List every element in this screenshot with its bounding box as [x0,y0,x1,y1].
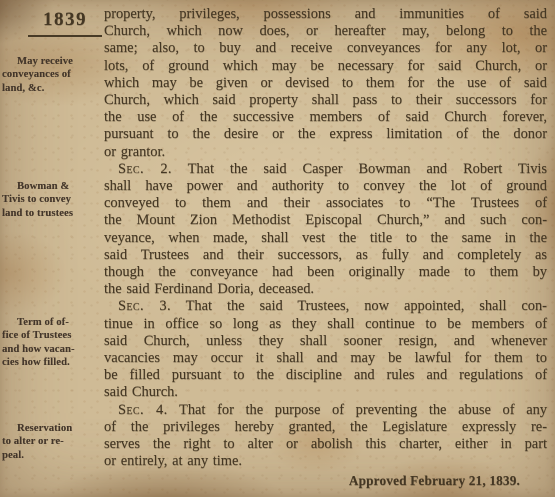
year-heading: 1839 [28,9,102,37]
text-line: pursuant to the desire or the express li… [104,126,547,143]
margin-note-line: conveyances of [2,68,100,81]
margin-note-line: Bowman & [2,180,100,193]
text-line: shall have power and authority to convey… [104,178,547,195]
text-line-part: That the said Casper Bowman and Robert T… [188,161,547,177]
margin-note-line: May receive [2,55,100,68]
text-line: Sec. 2. That the said Casper Bowman and … [104,161,547,178]
text-line: the said Ferdinand Doria, deceased. [104,281,547,298]
margin-note-line: and how vacan- [2,343,100,356]
section-label: Sec. 2. [118,161,172,177]
margin-note-line: land, &c. [2,82,100,95]
margin-note-term-of-office: Term of of- fice of Trustees and how vac… [2,316,100,370]
main-text-column: property, privileges, possessions and im… [104,6,547,489]
margin-column: 1839 May receive conveyances of land, &c… [0,0,103,497]
text-line: the Mount Zion Methodist Episcopal Churc… [104,212,547,229]
text-line: vacancies may occur it shall and may be … [104,350,547,367]
text-line-part: That the said Trustees, now appointed, s… [186,298,547,314]
text-line-part: That for the purpose of preventing the a… [179,402,547,418]
text-line: or entirely, at any time. [104,453,547,470]
margin-note-line: Reservation [2,422,100,435]
margin-note-line: land to trustees [2,207,100,220]
text-line: serves the right to alter or abolish thi… [104,436,547,453]
margin-note-line: fice of Trustees [2,329,100,342]
text-line: which may be given or devised to them fo… [104,75,547,92]
margin-note-reservation: Reservation to alter or re- peal. [2,422,100,462]
margin-note-line: cies how filled. [2,356,100,369]
text-line: said Church. [104,384,547,401]
text-line: veyance, when made, shall vest the title… [104,230,547,247]
approval-date-line: Approved February 21, 1839. [104,473,547,489]
text-line: Sec. 4. That for the purpose of preventi… [104,402,547,419]
book-page-scan: 1839 May receive conveyances of land, &c… [0,0,555,497]
text-line: be filled pursuant to the discipline and… [104,367,547,384]
paragraph-section-3: Sec. 3. That the said Trustees, now appo… [104,298,547,401]
text-line: conveyed to them and their associates to… [104,195,547,212]
text-line: said Church, unless they shall sooner re… [104,333,547,350]
margin-note-line: Tivis to convey [2,193,100,206]
text-line: of the privileges hereby granted, the Le… [104,419,547,436]
section-label: Sec. 4. [118,402,168,418]
margin-note-bowman-tivis: Bowman & Tivis to convey land to trustee… [2,180,100,220]
text-line: though the conveyance had been originall… [104,264,547,281]
paragraph-section-4: Sec. 4. That for the purpose of preventi… [104,402,547,471]
margin-note-line: Term of of- [2,316,100,329]
text-line: or grantor. [104,144,547,161]
text-line: Church, which now does, or hereafter may… [104,23,547,40]
section-label: Sec. 3. [118,298,171,314]
text-line: tinue in office so long as they shall co… [104,316,547,333]
text-line: same; also, to buy and receive conveyanc… [104,40,547,57]
text-line: lots, of ground which may be necessary f… [104,58,547,75]
paragraph-section-2: Sec. 2. That the said Casper Bowman and … [104,161,547,299]
text-line: said Trustees and their successors, as f… [104,247,547,264]
margin-note-line: to alter or re- [2,435,100,448]
text-line: Church, which said property shall pass t… [104,92,547,109]
text-line: the use of the successive members of sai… [104,109,547,126]
text-line: property, privileges, possessions and im… [104,6,547,23]
margin-note-conveyances: May receive conveyances of land, &c. [2,55,100,95]
text-line: Sec. 3. That the said Trustees, now appo… [104,298,547,315]
margin-note-line: peal. [2,449,100,462]
paragraph-continuation: property, privileges, possessions and im… [104,6,547,161]
